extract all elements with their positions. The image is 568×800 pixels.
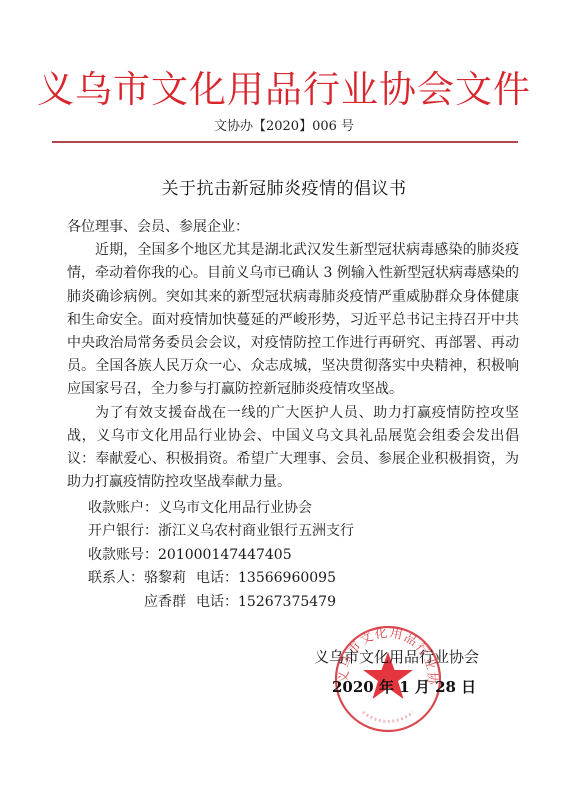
contact-row: 应香群电话：15267375479: [88, 591, 354, 614]
contact-name: 应香群: [144, 594, 186, 610]
account-number-row: 收款账号：201000147447405: [88, 544, 354, 567]
account-name-value: 义乌市文化用品行业协会: [158, 500, 312, 516]
account-name-row: 收款账户：义乌市文化用品行业协会: [88, 497, 354, 520]
paragraph-2: 为了有效支援奋战在一线的广大医护人员、助力打赢疫情防控攻坚战，义乌市文化用品行业…: [67, 402, 519, 495]
header-divider: [52, 141, 518, 143]
salutation: 各位理事、会员、参展企业：: [67, 216, 519, 239]
account-number-label: 收款账号：: [88, 547, 158, 563]
contact-phone: 13566960095: [238, 570, 336, 586]
contacts-label: 联系人：: [88, 570, 144, 586]
bank-value: 浙江义乌农村商业银行五洲支行: [158, 523, 354, 539]
paragraph-1: 近期，全国多个地区尤其是湖北武汉发生新型冠状病毒感染的肺炎疫情，牵动着你我的心。…: [67, 239, 519, 401]
contact-name: 骆黎莉: [144, 570, 186, 586]
signature-organization: 义乌市文化用品行业协会: [314, 647, 479, 667]
contact-phone: 15267375479: [238, 594, 336, 610]
contact-row: 联系人：骆黎莉电话：13566960095: [88, 567, 354, 590]
document-number: 文协办【2020】006 号: [0, 119, 568, 135]
phone-label: 电话：: [196, 594, 238, 610]
letter-title: 关于抗击新冠肺炎疫情的倡议书: [0, 178, 568, 200]
signature-date: 2020 年 1 月 28 日: [332, 677, 476, 697]
letter-body: 各位理事、会员、参展企业： 近期，全国多个地区尤其是湖北武汉发生新型冠状病毒感染…: [67, 216, 519, 494]
bank-row: 开户银行：浙江义乌农村商业银行五洲支行: [88, 520, 354, 543]
donation-info: 收款账户：义乌市文化用品行业协会 开户银行：浙江义乌农村商业银行五洲支行 收款账…: [88, 497, 354, 614]
bank-label: 开户银行：: [88, 523, 158, 539]
phone-label: 电话：: [196, 570, 238, 586]
account-name-label: 收款账户：: [88, 500, 158, 516]
org-header-title: 义乌市文化用品行业协会文件: [0, 68, 568, 112]
account-number-value: 201000147447405: [158, 547, 292, 563]
